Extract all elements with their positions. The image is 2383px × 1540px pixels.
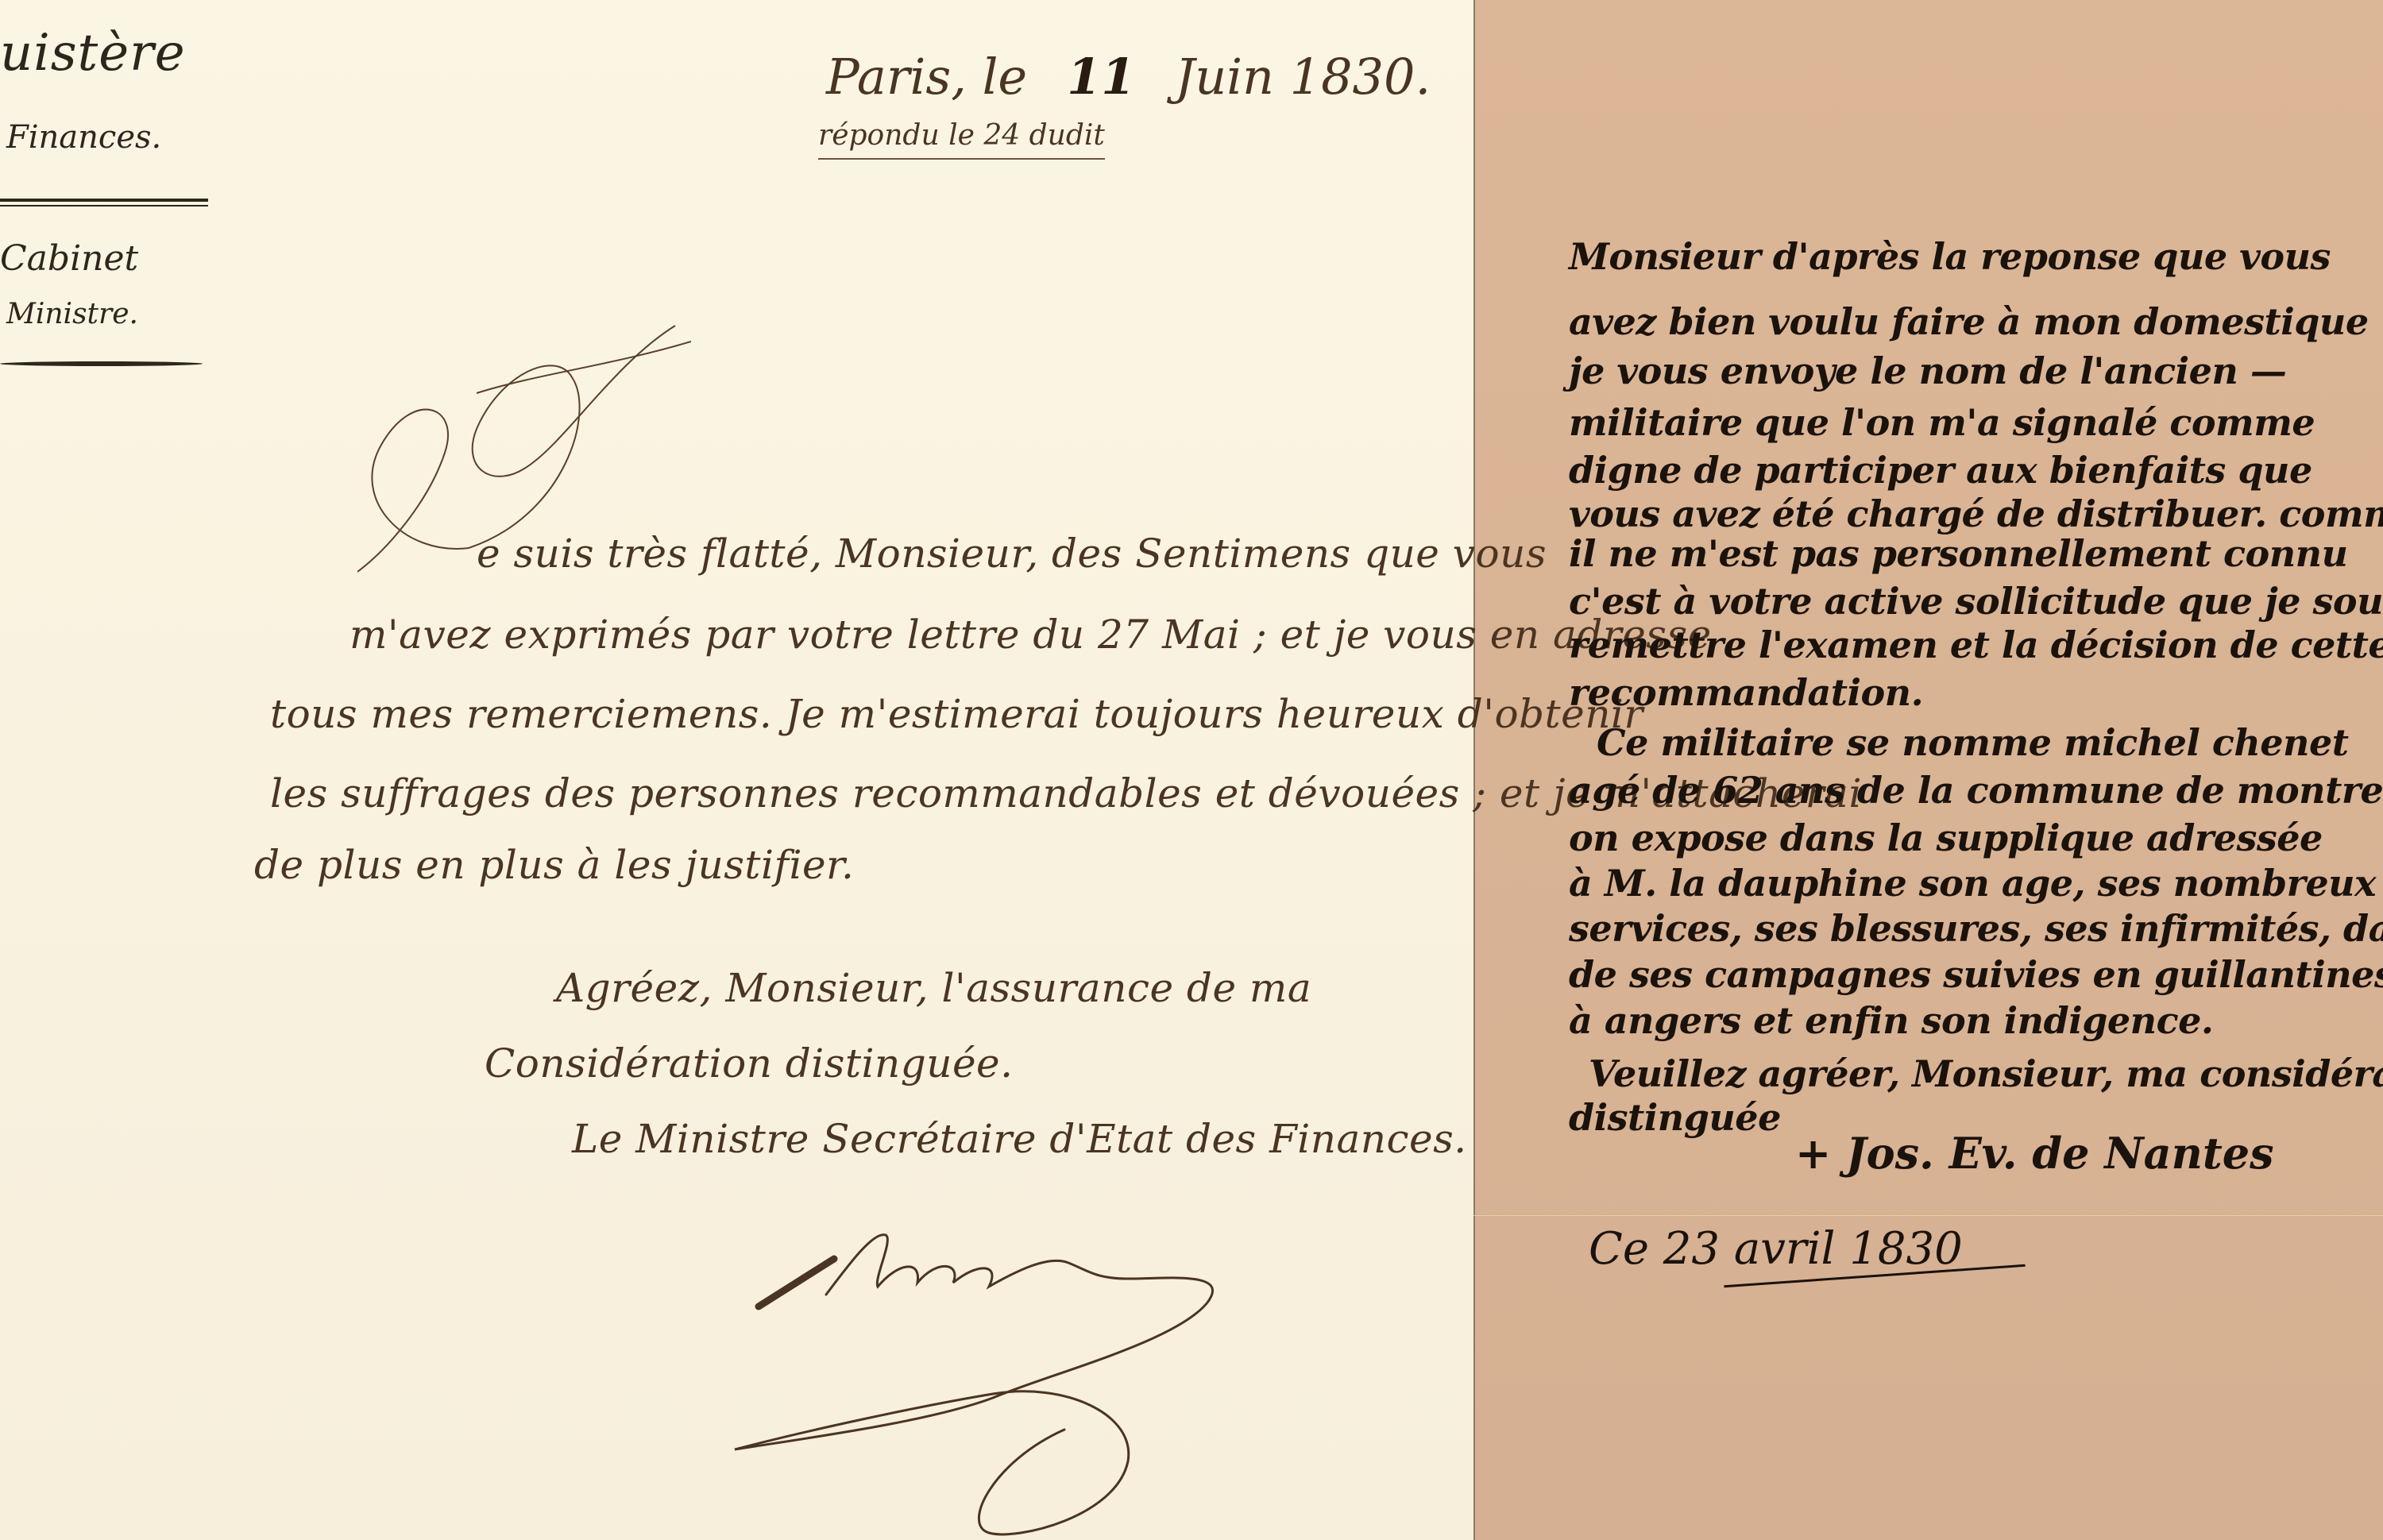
letterhead-ministere: uistère	[0, 24, 186, 83]
right-letter-line: à angers et enfin son indigence.	[1569, 999, 2213, 1042]
right-letter-line: on expose dans la supplique adressée	[1569, 816, 2323, 859]
letterhead-rule	[0, 199, 208, 202]
right-letter-line: recommandation.	[1569, 671, 1923, 714]
dateline-place: Paris, le	[826, 48, 1027, 106]
closing-line: Considération distinguée.	[485, 1040, 1014, 1086]
letter-body-line: de plus en plus à les justifier.	[254, 842, 854, 888]
right-letter-line: à M. la dauphine son age, ses nombreux	[1569, 862, 2376, 905]
closing-line: Agréez, Monsieur, l'assurance de ma	[556, 965, 1311, 1011]
letterhead-cabinet: Cabinet	[0, 238, 138, 279]
letter-body-line: m'avez exprimés par votre lettre du 27 M…	[350, 612, 1712, 658]
right-letter-line: c'est à votre active sollicitude que je …	[1569, 580, 2383, 623]
minister-signature-icon	[715, 1175, 1287, 1540]
closing-line: Le Ministre Secrétaire d'Etat des Financ…	[572, 1116, 1467, 1162]
right-letter-line: agé de 62 ans de la commune de montrelai…	[1569, 769, 2383, 812]
right-letter-line: avez bien voulu faire à mon domestique	[1569, 300, 2369, 343]
dateline-month-year: Juin 1830.	[1175, 48, 1431, 106]
letterhead-ministre: Ministre.	[6, 298, 138, 330]
faint-ruled-line	[1473, 1215, 2383, 1216]
letter-body-line: tous mes remerciemens. Je m'estimerai to…	[270, 691, 1643, 737]
right-letter-line: vous avez été chargé de distribuer. comm…	[1569, 492, 2383, 535]
letterhead-swash-divider	[0, 361, 203, 366]
bishop-signature: + Jos. Ev. de Nantes	[1795, 1128, 2274, 1179]
right-letter-line: je vous envoye le nom de l'ancien —	[1569, 349, 2286, 392]
letterhead-finances: Finances.	[6, 119, 161, 156]
right-letter-line: services, ses blessures, ses infirmités,…	[1569, 907, 2383, 950]
right-letter-line: militaire que l'on m'a signalé comme	[1569, 401, 2315, 444]
reply-annotation: répondu le 24 dudit	[818, 119, 1105, 160]
right-letter-line: Ce militaire se nomme michel chenet	[1597, 721, 2349, 764]
letterhead-rule-thin	[0, 205, 208, 206]
right-letter-line: Monsieur d'après la reponse que vous	[1569, 235, 2331, 278]
dateline-day: 11	[1067, 48, 1135, 106]
right-letter-line: de ses campagnes suivies en guillantines	[1569, 953, 2383, 996]
right-letter-line: il ne m'est pas personnellement connu	[1569, 532, 2348, 575]
right-letter-line: digne de participer aux bienfaits que	[1569, 449, 2312, 492]
right-letter-line: Veuillez agréer, Monsieur, ma considérat…	[1589, 1052, 2383, 1095]
letter-body-line: e suis très flatté, Monsieur, des Sentim…	[477, 531, 1547, 577]
right-letter-line: distinguée	[1569, 1096, 1781, 1139]
right-letter-line: remettre l'examen et la décision de cett…	[1569, 623, 2383, 666]
dateline: Paris, le11Juin 1830.	[826, 48, 1431, 106]
right-letter-date: Ce 23 avril 1830	[1589, 1223, 1963, 1275]
